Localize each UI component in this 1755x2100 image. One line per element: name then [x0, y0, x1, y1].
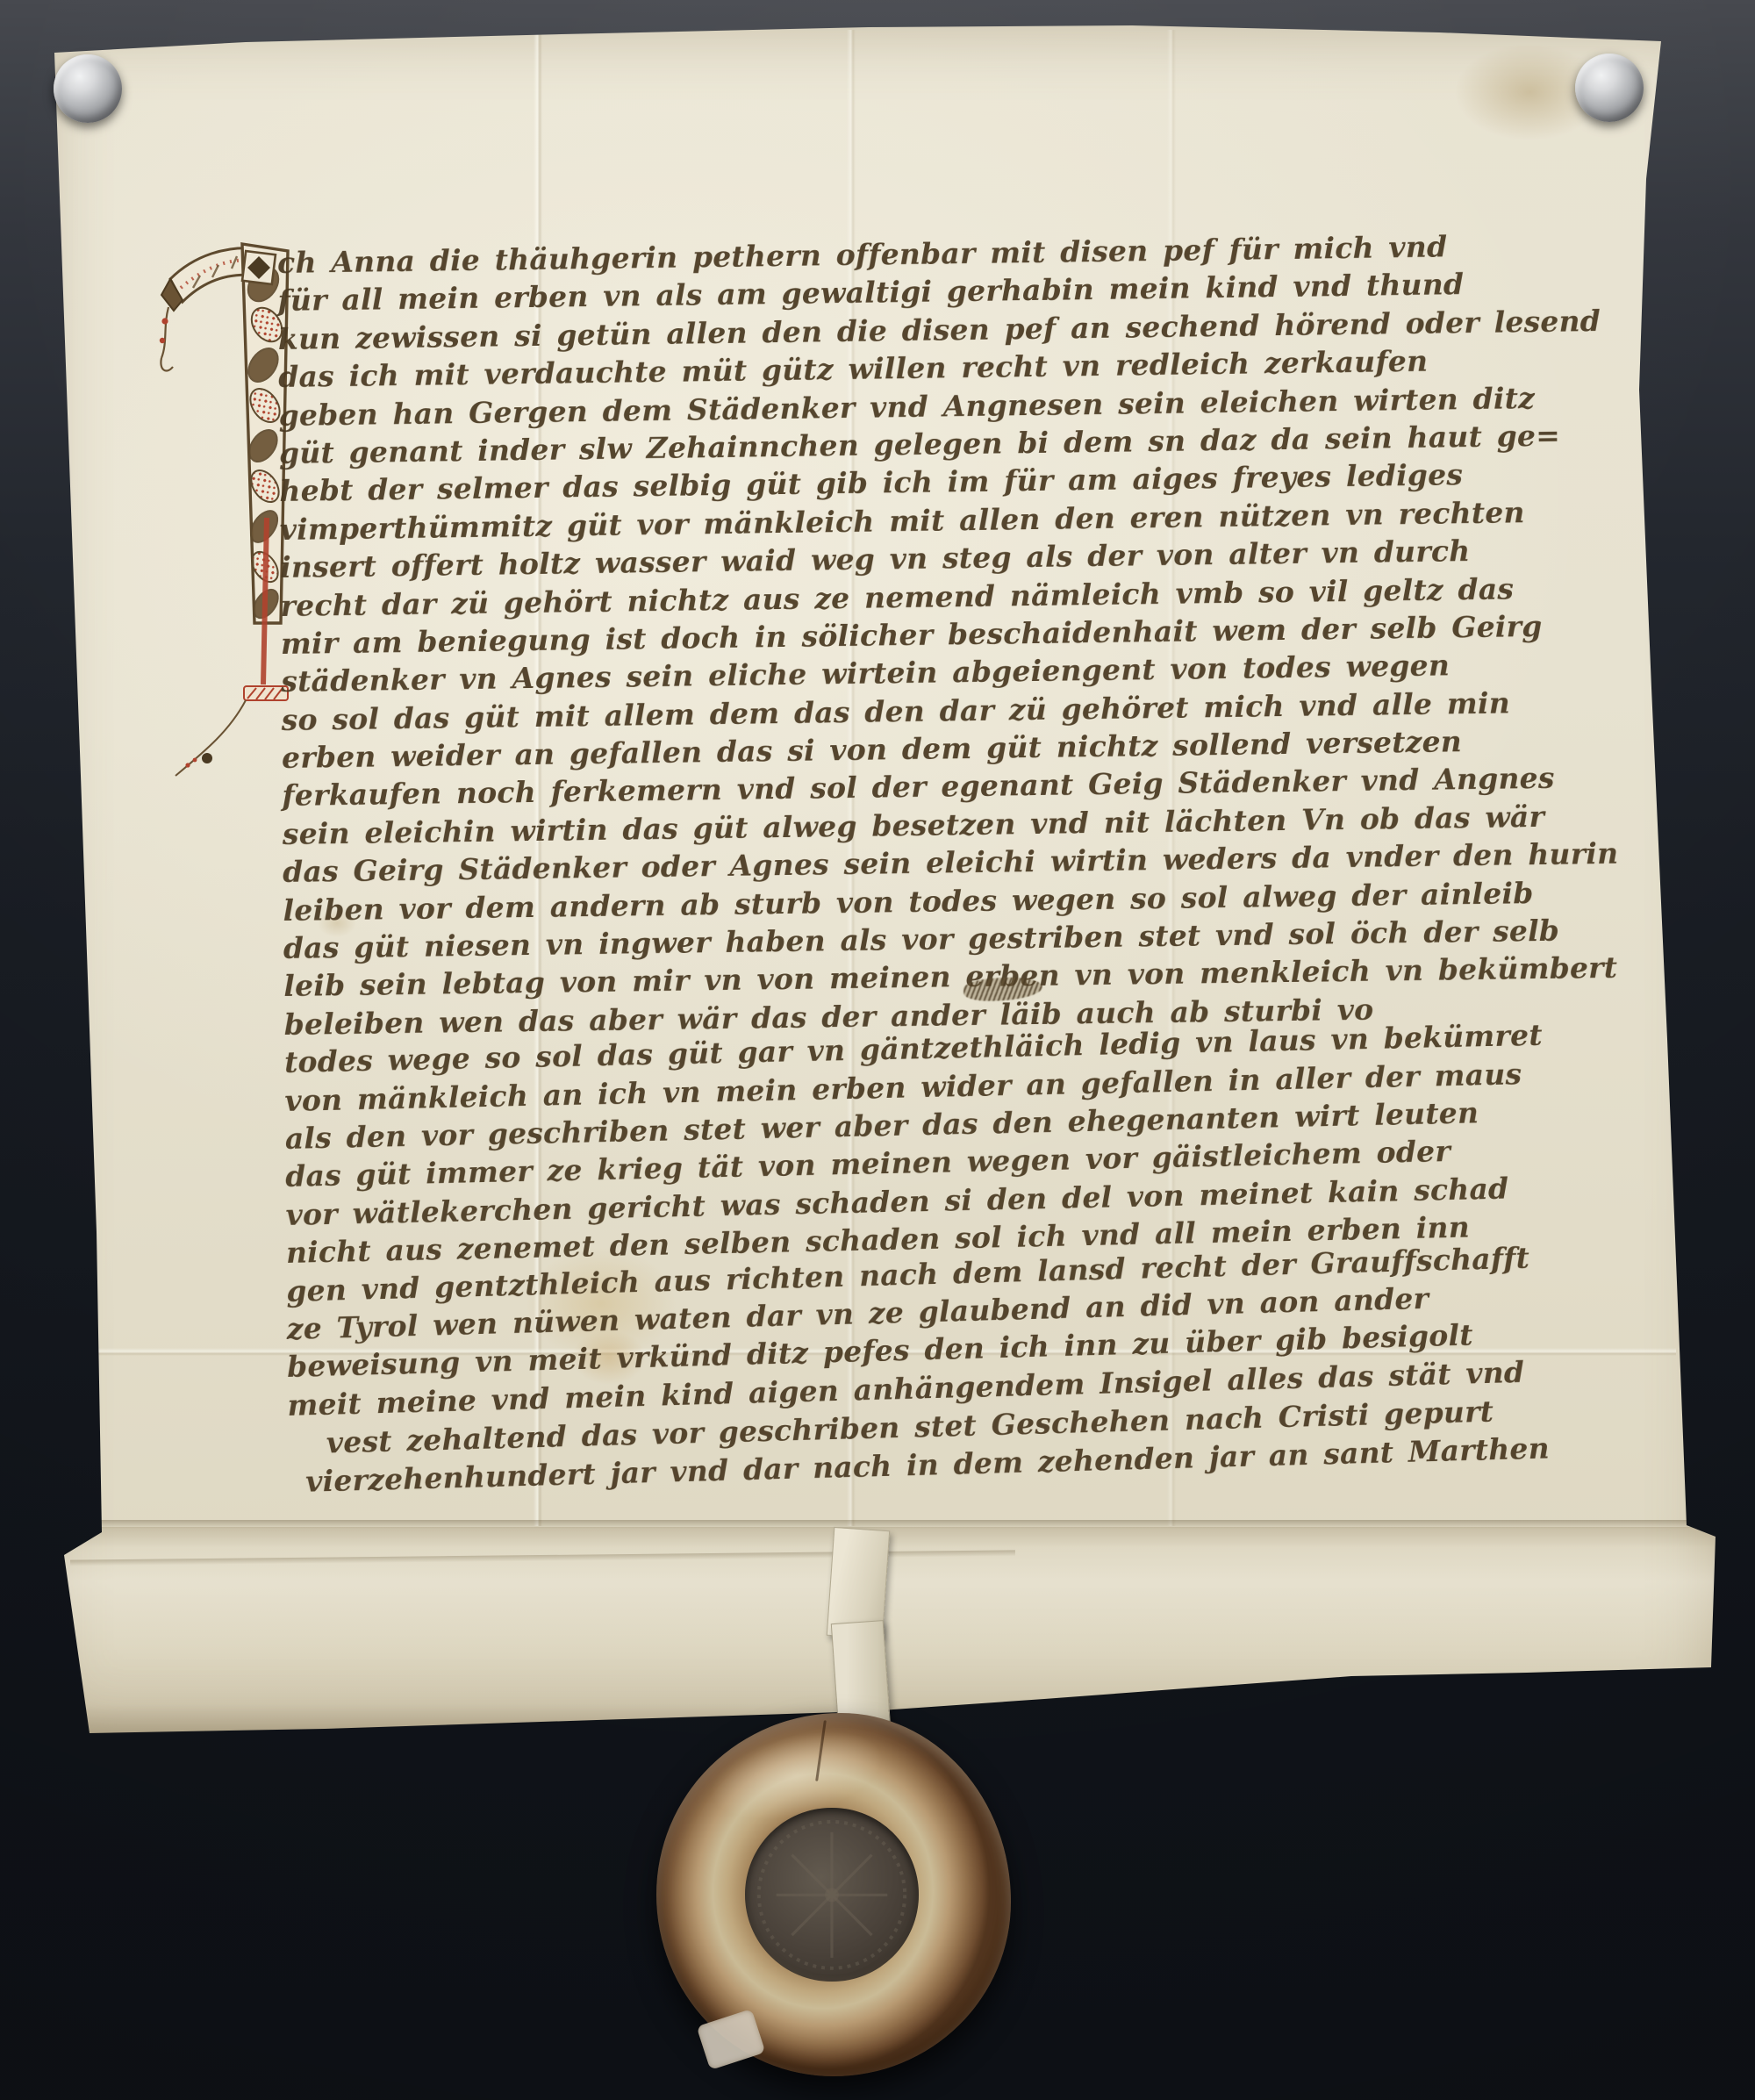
- paperweight-right: [1575, 54, 1644, 122]
- charter-photograph: ch Anna die thäuhgerin pethern offenbar …: [0, 0, 1755, 2100]
- seal-device: [745, 1808, 919, 1982]
- parchment-charter: ch Anna die thäuhgerin pethern offenbar …: [35, 21, 1723, 1738]
- charter-text-block: ch Anna die thäuhgerin pethern offenbar …: [277, 233, 1622, 1501]
- paperweight-left: [54, 54, 122, 123]
- wax-seal: [656, 1713, 1011, 2076]
- seal-impression: [745, 1808, 919, 1982]
